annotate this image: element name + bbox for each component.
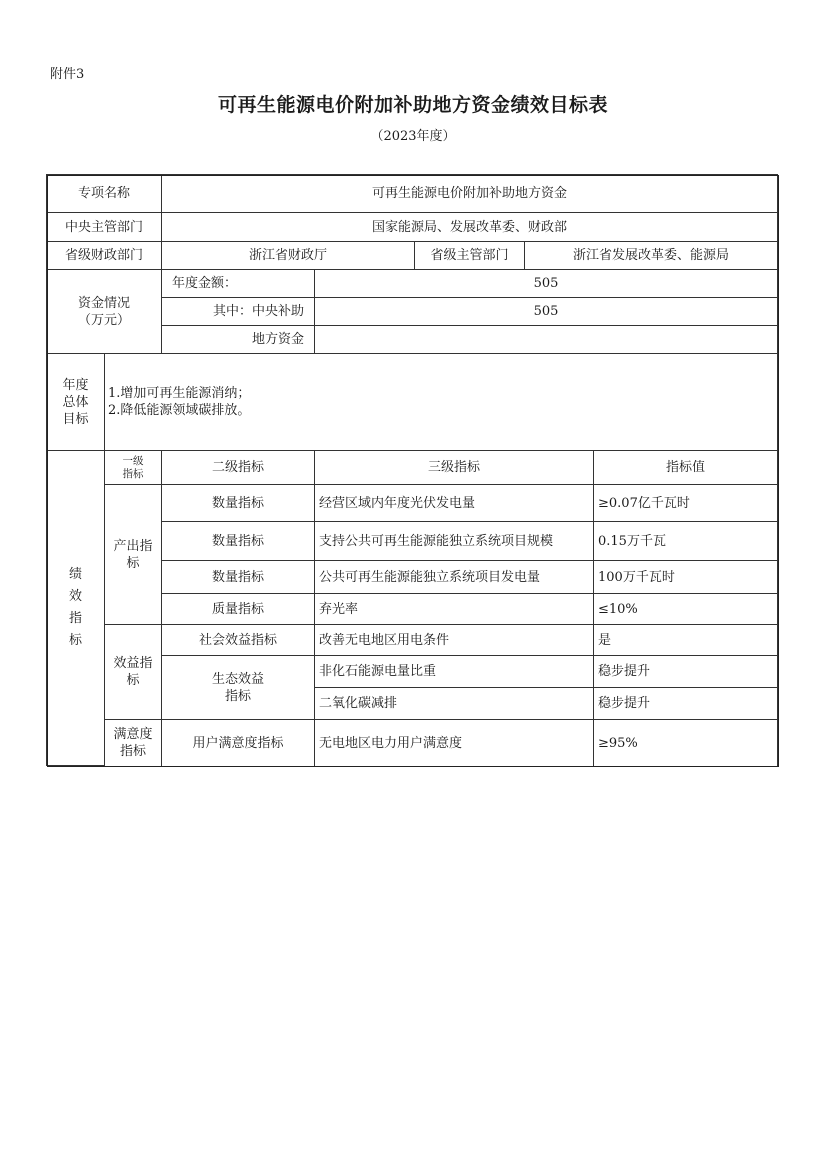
header-level1: 一级 指标	[104, 450, 162, 485]
table-row-value: ≥0.07亿千瓦时	[593, 484, 778, 522]
central-subsidy-value: 505	[314, 297, 778, 326]
table-row-level3: 弃光率	[314, 593, 594, 625]
table-row-level3: 二氧化碳减排	[314, 687, 594, 720]
performance-target-table: 专项名称 可再生能源电价附加补助地方资金 中央主管部门 国家能源局、发展改革委、…	[47, 175, 779, 767]
table-row-level3: 公共可再生能源能独立系统项目发电量	[314, 560, 594, 594]
output-indicator-label: 产出指 标	[104, 484, 162, 625]
annual-amount-value: 505	[314, 269, 778, 298]
table-row-level2: 质量指标	[161, 593, 315, 625]
table-row-value: 100万千瓦时	[593, 560, 778, 594]
page-title: 可再生能源电价附加补助地方资金绩效目标表	[0, 90, 826, 117]
table-row-level3: 支持公共可再生能源能独立系统项目规模	[314, 521, 594, 561]
table-row-level2: 数量指标	[161, 521, 315, 561]
satisfaction-indicator-label: 满意度 指标	[104, 719, 162, 767]
year-subtitle: （2023年度）	[0, 125, 826, 144]
table-row-level2: 数量指标	[161, 484, 315, 522]
central-dept-value: 国家能源局、发展改革委、财政部	[161, 212, 778, 242]
project-name-value: 可再生能源电价附加补助地方资金	[161, 174, 778, 213]
local-funds-value	[314, 325, 778, 354]
table-row-level2: 生态效益 指标	[161, 655, 315, 720]
local-funds-label: 地方资金	[161, 325, 315, 354]
attachment-label: 附件3	[50, 63, 84, 82]
indicators-section-label: 绩 效 指 标	[46, 450, 105, 766]
annual-goal-text: 1.增加可再生能源消纳； 2.降低能源领域碳排放。	[104, 353, 778, 451]
prov-finance-value: 浙江省财政厅	[161, 241, 415, 270]
table-row-level3: 无电地区电力用户满意度	[314, 719, 594, 767]
table-row-level3: 改善无电地区用电条件	[314, 624, 594, 656]
table-row-value: 是	[593, 624, 778, 656]
table-row-value: 0.15万千瓦	[593, 521, 778, 561]
table-row-value: 稳步提升	[593, 655, 778, 688]
table-row-level3: 非化石能源电量比重	[314, 655, 594, 688]
project-name-label: 专项名称	[46, 174, 162, 213]
table-row-value: 稳步提升	[593, 687, 778, 720]
table-row-level2: 用户满意度指标	[161, 719, 315, 767]
table-row-level2: 社会效益指标	[161, 624, 315, 656]
annual-goal-label: 年度 总体 目标	[46, 353, 105, 451]
table-row-level3: 经营区域内年度光伏发电量	[314, 484, 594, 522]
annual-amount-label: 年度金额：	[161, 269, 315, 298]
table-row-value: ≤10%	[593, 593, 778, 625]
prov-dept-value: 浙江省发展改革委、能源局	[524, 241, 778, 270]
funds-label: 资金情况 （万元）	[46, 269, 162, 354]
header-level3: 三级指标	[314, 450, 594, 485]
prov-dept-label: 省级主管部门	[414, 241, 525, 270]
central-dept-label: 中央主管部门	[46, 212, 162, 242]
benefit-indicator-label: 效益指 标	[104, 624, 162, 720]
header-value: 指标值	[593, 450, 778, 485]
table-row-level2: 数量指标	[161, 560, 315, 594]
prov-finance-label: 省级财政部门	[46, 241, 162, 270]
header-level2: 二级指标	[161, 450, 315, 485]
central-subsidy-label: 其中：中央补助	[161, 297, 315, 326]
table-row-value: ≥95%	[593, 719, 778, 767]
